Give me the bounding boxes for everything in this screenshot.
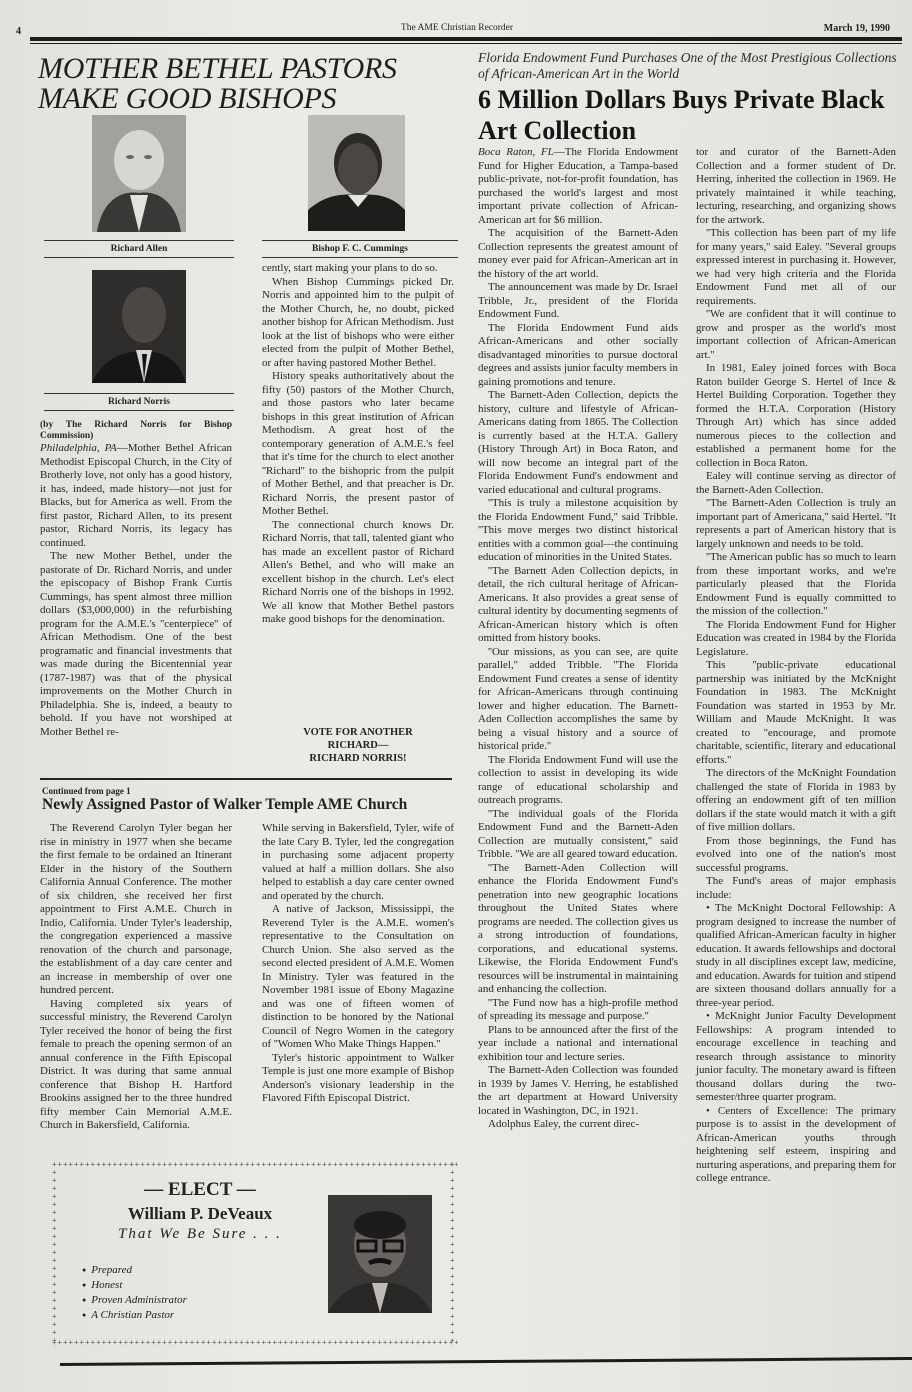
- paragraph: ''We are confident that it will continue…: [696, 308, 896, 362]
- paragraph: cently, start making your plans to do so…: [262, 262, 454, 276]
- list-item: A Christian Pastor: [82, 1308, 187, 1323]
- vote-callout: VOTE FOR ANOTHER RICHARD— RICHARD NORRIS…: [262, 726, 454, 765]
- caption-richard-norris: Richard Norris: [44, 393, 234, 411]
- paragraph: The Barnett-Aden Collection, depicts the…: [478, 389, 678, 497]
- paragraph: ''The Barnett-Aden Collection will enhan…: [478, 862, 678, 997]
- paragraph: Philadelphia, PA—Mother Bethel African M…: [40, 442, 232, 550]
- mother-bethel-column-2: cently, start making your plans to do so…: [262, 262, 454, 627]
- paragraph: The directors of the McKnight Foundation…: [696, 767, 896, 835]
- art-collection-headline: 6 Million Dollars Buys Private Black Art…: [478, 84, 898, 146]
- paragraph: A native of Jackson, Mississippi, the Re…: [262, 903, 454, 1052]
- paragraph: ''This is truly a milestone acquisition …: [478, 497, 678, 565]
- paragraph: The new Mother Bethel, under the pastora…: [40, 550, 232, 739]
- paragraph: • McKnight Junior Faculty Development Fe…: [696, 1010, 896, 1105]
- paragraph: The Reverend Carolyn Tyler began her ris…: [40, 822, 232, 998]
- paragraph: Adolphus Ealey, the current direc-: [478, 1118, 678, 1132]
- ad-border-top: ++++++++++++++++++++++++++++++++++++++++…: [52, 1161, 458, 1169]
- caption-bishop-cummings: Bishop F. C. Cummings: [262, 240, 458, 258]
- mother-bethel-column-1: (by The Richard Norris for Bishop Commis…: [40, 420, 232, 739]
- richard-allen-photo: [92, 115, 186, 232]
- paragraph: This ''public-private educational partne…: [696, 659, 896, 767]
- paragraph: The Florida Endowment Fund aids African-…: [478, 322, 678, 390]
- caption-richard-allen: Richard Allen: [44, 240, 234, 258]
- deveaux-election-ad: ++++++++++++++++++++++++++++++++++++++++…: [52, 1161, 458, 1347]
- paragraph: The acquisition of the Barnett-Aden Coll…: [478, 227, 678, 281]
- paragraph: Having completed six years of successful…: [40, 998, 232, 1133]
- deveaux-photo: [328, 1195, 432, 1313]
- masthead-rule-thin: [30, 43, 902, 44]
- paragraph: ''The Fund now has a high-profile method…: [478, 997, 678, 1024]
- walker-temple-headline: Newly Assigned Pastor of Walker Temple A…: [42, 796, 462, 814]
- page-bottom-rule: [60, 1357, 912, 1366]
- byline: (by The Richard Norris for Bishop Commis…: [40, 420, 232, 442]
- dateline: Boca Raton, FL: [478, 146, 554, 158]
- paragraph: ''The individual goals of the Florida En…: [478, 808, 678, 862]
- paragraph: The Florida Endowment Fund for Higher Ed…: [696, 619, 896, 660]
- paragraph: The Barnett-Aden Collection was founded …: [478, 1064, 678, 1118]
- paragraph: Tyler's historic appointment to Walker T…: [262, 1052, 454, 1106]
- list-item: Proven Administrator: [82, 1293, 187, 1308]
- paragraph: ''The Barnett-Aden Collection is truly a…: [696, 497, 896, 551]
- bishop-cummings-photo: [308, 115, 405, 231]
- list-item: Prepared: [82, 1263, 187, 1278]
- ad-border-left: ++++++++++++++++++++++++++++: [52, 1161, 60, 1347]
- paragraph: While serving in Bakersfield, Tyler, wif…: [262, 822, 454, 903]
- masthead-rule: [30, 37, 902, 41]
- newspaper-page: 4 The AME Christian Recorder March 19, 1…: [0, 0, 912, 1392]
- paragraph: When Bishop Cummings picked Dr. Norris a…: [262, 276, 454, 371]
- ad-elect-label: — ELECT —: [100, 1179, 300, 1201]
- paragraph: The announcement was made by Dr. Israel …: [478, 281, 678, 322]
- paragraph: From those beginnings, the Fund has evol…: [696, 835, 896, 876]
- issue-date: March 19, 1990: [824, 23, 890, 34]
- headline-line-1: MOTHER BETHEL PASTORS: [38, 54, 458, 84]
- paragraph: In 1981, Ealey joined forces with Boca R…: [696, 362, 896, 470]
- portrait-photo-icon: [328, 1195, 432, 1313]
- paragraph: • Centers of Excellence: The primary pur…: [696, 1105, 896, 1186]
- dateline: Philadelphia, PA: [40, 442, 117, 454]
- art-collection-column-2: tor and curator of the Barnett-Aden Coll…: [696, 146, 896, 1186]
- paragraph: Boca Raton, FL—The Florida Endowment Fun…: [478, 146, 678, 227]
- portrait-painting-icon: [92, 115, 186, 232]
- art-collection-deck: Florida Endowment Fund Purchases One of …: [478, 50, 898, 82]
- section-divider: [40, 778, 452, 780]
- ad-border-right: ++++++++++++++++++++++++++++: [450, 1161, 458, 1347]
- list-item: Honest: [82, 1278, 187, 1293]
- qualities-list: Prepared Honest Proven Administrator A C…: [82, 1263, 187, 1323]
- paragraph: Ealey will continue serving as director …: [696, 470, 896, 497]
- richard-norris-photo: [92, 270, 186, 383]
- paragraph: The Florida Endowment Fund will use the …: [478, 754, 678, 808]
- paragraph: ''This collection has been part of my li…: [696, 227, 896, 308]
- paragraph: History speaks authoritatively about the…: [262, 370, 454, 519]
- paragraph: ''Our missions, as you can see, are quit…: [478, 646, 678, 754]
- walker-temple-column-2: While serving in Bakersfield, Tyler, wif…: [262, 822, 454, 1106]
- paragraph: tor and curator of the Barnett-Aden Coll…: [696, 146, 896, 227]
- mother-bethel-headline: MOTHER BETHEL PASTORS MAKE GOOD BISHOPS: [38, 54, 458, 114]
- paragraph: The Fund's areas of major emphasis inclu…: [696, 875, 896, 902]
- paragraph: The connectional church knows Dr. Richar…: [262, 519, 454, 627]
- candidate-name: William P. DeVeaux: [100, 1204, 300, 1224]
- portrait-photo-icon: [308, 115, 405, 231]
- paragraph: ''The American public has so much to lea…: [696, 551, 896, 619]
- publication-name: The AME Christian Recorder: [14, 23, 900, 33]
- continued-kicker: Continued from page 1: [42, 786, 131, 796]
- art-collection-column-1: Boca Raton, FL—The Florida Endowment Fun…: [478, 146, 678, 1132]
- ad-border-bottom: ++++++++++++++++++++++++++++++++++++++++…: [52, 1339, 458, 1347]
- portrait-photo-icon: [92, 270, 186, 383]
- paragraph: Plans to be announced after the first of…: [478, 1024, 678, 1065]
- paragraph: ''The Barnett Aden Collection depicts, i…: [478, 565, 678, 646]
- paragraph: • The McKnight Doctoral Fellowship: A pr…: [696, 902, 896, 1010]
- ad-tagline: That We Be Sure . . .: [100, 1226, 300, 1243]
- headline-line-2: MAKE GOOD BISHOPS: [38, 84, 458, 114]
- walker-temple-column-1: The Reverend Carolyn Tyler began her ris…: [40, 822, 232, 1133]
